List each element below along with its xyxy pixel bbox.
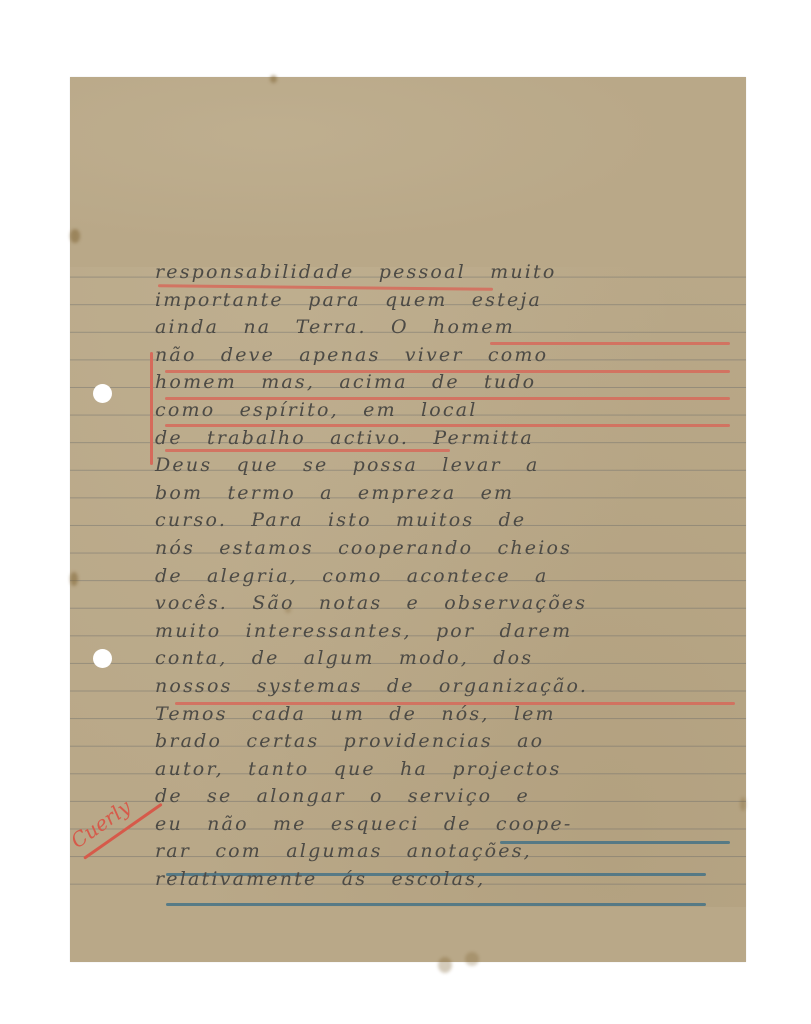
text-line: não deve apenas viver como <box>155 342 735 370</box>
text-line: homem mas, acima de tudo <box>155 369 735 397</box>
red-margin-bracket <box>150 352 153 465</box>
punch-hole-top <box>93 384 112 403</box>
text-line: eu não me esqueci de coope- <box>155 811 735 839</box>
text-line: curso. Para isto muitos de <box>155 507 735 535</box>
text-line: de trabalho activo. Permitta <box>155 425 735 453</box>
stain <box>70 572 78 586</box>
text-line: de alegria, como acontece a <box>155 563 735 591</box>
text-line: nós estamos cooperando cheios <box>155 535 735 563</box>
text-line: importante para quem esteja <box>155 287 735 315</box>
stain <box>70 229 80 243</box>
text-line: rar com algumas anotações, <box>155 838 735 866</box>
blue-underline <box>166 903 706 906</box>
stain <box>465 952 479 966</box>
manuscript-page: responsabilidade pessoal muito important… <box>70 77 746 962</box>
stain <box>270 75 277 83</box>
text-line: muito interessantes, por darem <box>155 618 735 646</box>
text-line: responsabilidade pessoal muito <box>155 259 735 287</box>
stain <box>740 797 746 811</box>
punch-hole-bottom <box>93 649 112 668</box>
text-line: como espírito, em local <box>155 397 735 425</box>
text-line: relativamente ás escolas, <box>155 866 735 894</box>
text-line: ainda na Terra. O homem <box>155 314 735 342</box>
text-line: conta, de algum modo, dos <box>155 645 735 673</box>
text-line: bom termo a empreza em <box>155 480 735 508</box>
text-line: brado certas providencias ao <box>155 728 735 756</box>
text-line: de se alongar o serviço e <box>155 783 735 811</box>
stain <box>438 957 452 973</box>
handwritten-body: responsabilidade pessoal muito important… <box>155 259 735 894</box>
text-line: Deus que se possa levar a <box>155 452 735 480</box>
text-line: autor, tanto que ha projectos <box>155 756 735 784</box>
text-line: nossos systemas de organização. <box>155 673 735 701</box>
text-line: Temos cada um de nós, lem <box>155 701 735 729</box>
text-line: vocês. São notas e observações <box>155 590 735 618</box>
